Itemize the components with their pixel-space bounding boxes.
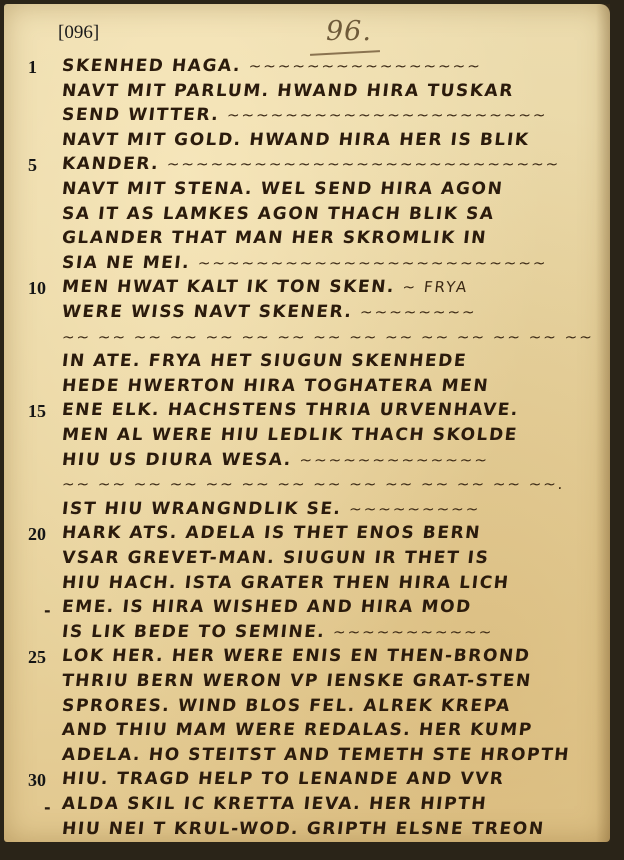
line-filler-tildes: ~~ ~~ ~~ ~~ ~~ ~~ ~~ ~~ ~~ ~~ ~~ ~~ ~~ ~… [61,328,595,346]
folio-underline [310,50,380,56]
line-number: 1 [28,57,58,78]
manuscript-line: 5KANDER. ~~~~~~~~~~~~~~~~~~~~~~~~~~~ [4,154,610,178]
line-text: IN ATE. FRYA HET SIUGUN SKENHEDE [61,351,583,371]
line-filler-tildes: ~~~~~~~~~~~~~~~~ [248,57,483,75]
line-filler-tildes: ~ FRYA [402,278,470,296]
manuscript-line: ADELA. HO STEITST AND TEMETH STE HROPTH [4,745,610,769]
line-words: HIU HACH. ISTA GRATER THEN HIRA LICH [61,573,511,593]
manuscript-line: THRIU BERN WERON VP IENSKE GRAT-STEN [4,671,610,695]
manuscript-line: NAVT MIT GOLD. HWAND HIRA HER IS BLIK [4,130,610,154]
line-words: NAVT MIT PARLUM. HWAND HIRA TUSKAR [61,81,515,101]
manuscript-page: [096] 96. 1SKENHED HAGA. ~~~~~~~~~~~~~~~… [4,4,610,842]
manuscript-line: VSAR GREVET-MAN. SIUGUN IR THET IS [4,548,610,572]
line-filler-tildes: ~~~~~~~~~ [348,500,481,518]
line-words: ENE ELK. HACHSTENS THRIA URVENHAVE. [61,400,520,420]
reference-number: [096] [58,22,99,44]
line-text: AND THIU MAM WERE REDALAS. HER KUMP [61,720,583,740]
line-text: HIU. TRAGD HELP TO LENANDE AND VVR [61,769,583,789]
line-words: WERE WISS NAVT SKENER. [61,302,354,322]
line-words: HIU. TRAGD HELP TO LENANDE AND VVR [61,769,506,789]
line-words: NAVT MIT STENA. WEL SEND HIRA AGON [61,179,504,199]
line-words: HARK ATS. ADELA IS THET ENOS BERN [61,523,482,543]
line-filler-tildes: ~~~~~~~~~~~~~~~~~~~~~~~~ [197,254,549,272]
line-words: EME. IS HIRA WISHED AND HIRA MOD [61,597,473,617]
line-text: HIU HACH. ISTA GRATER THEN HIRA LICH [61,573,583,593]
line-text: SIA NE MEI. ~~~~~~~~~~~~~~~~~~~~~~~~ [61,253,583,273]
line-text: KANDER. ~~~~~~~~~~~~~~~~~~~~~~~~~~~ [61,154,583,174]
manuscript-line: 1SKENHED HAGA. ~~~~~~~~~~~~~~~~ [4,56,610,80]
line-words: IN ATE. FRYA HET SIUGUN SKENHEDE [61,351,468,371]
manuscript-line: HIU NEI T KRUL-WOD. GRIPTH ELSNE TREON [4,819,610,843]
folio-number: 96. [326,16,372,47]
line-text: NAVT MIT GOLD. HWAND HIRA HER IS BLIK [61,130,583,150]
line-filler-tildes: ~~~~~~~~ [359,303,477,321]
line-words: HEDE HWERTON HIRA TOGHATERA MEN [61,376,490,396]
line-words: SKENHED HAGA. [61,56,242,76]
line-filler-tildes: ~~~~~~~~~~~~~ [299,451,490,469]
line-number: 30 [28,770,58,791]
manuscript-line: 20HARK ATS. ADELA IS THET ENOS BERN [4,523,610,547]
line-words: ALDA SKIL IC KRETTA IEVA. HER HIPTH [61,794,488,814]
line-text: NAVT MIT STENA. WEL SEND HIRA AGON [61,179,583,199]
line-number: 25 [28,647,58,668]
line-words: ADELA. HO STEITST AND TEMETH STE HROPTH [61,745,571,765]
line-text: GLANDER THAT MAN HER SKROMLIK IN [61,228,583,248]
manuscript-line: GLANDER THAT MAN HER SKROMLIK IN [4,228,610,252]
line-text: ALDA SKIL IC KRETTA IEVA. HER HIPTH [61,794,583,814]
line-filler-tildes: ~~~~~~~~~~~~~~~~~~~~~~ [226,106,548,124]
line-text: LOK HER. HER WERE ENIS EN THEN-BROND [61,646,583,666]
manuscript-line: IST HIU WRANGNDLIK SE. ~~~~~~~~~ [4,499,610,523]
manuscript-line: -EME. IS HIRA WISHED AND HIRA MOD [4,597,610,621]
line-text: IST HIU WRANGNDLIK SE. ~~~~~~~~~ [61,499,583,519]
line-number: 10 [28,278,58,299]
line-words: LOK HER. HER WERE ENIS EN THEN-BROND [61,646,532,666]
manuscript-line: -ALDA SKIL IC KRETTA IEVA. HER HIPTH [4,794,610,818]
hyphen-marker: - [44,601,51,620]
manuscript-line: SA IT AS LAMKES AGON THACH BLIK SA [4,204,610,228]
line-text: VSAR GREVET-MAN. SIUGUN IR THET IS [61,548,583,568]
manuscript-line: 30HIU. TRAGD HELP TO LENANDE AND VVR [4,769,610,793]
line-text: NAVT MIT PARLUM. HWAND HIRA TUSKAR [61,81,583,101]
line-text: ~~ ~~ ~~ ~~ ~~ ~~ ~~ ~~ ~~ ~~ ~~ ~~ ~~ ~… [61,327,583,347]
line-words: IS LIK BEDE TO SEMINE. [61,622,327,642]
manuscript-line: HIU US DIURA WESA. ~~~~~~~~~~~~~ [4,450,610,474]
line-text: HIU NEI T KRUL-WOD. GRIPTH ELSNE TREON [61,819,583,839]
line-text: WERE WISS NAVT SKENER. ~~~~~~~~ [61,302,583,322]
manuscript-line: ~~ ~~ ~~ ~~ ~~ ~~ ~~ ~~ ~~ ~~ ~~ ~~ ~~ ~… [4,327,610,351]
line-text: HARK ATS. ADELA IS THET ENOS BERN [61,523,583,543]
line-words: AND THIU MAM WERE REDALAS. HER KUMP [61,720,534,740]
line-number: 15 [28,401,58,422]
line-text: IS LIK BEDE TO SEMINE. ~~~~~~~~~~~ [61,622,583,642]
line-text: HIU US DIURA WESA. ~~~~~~~~~~~~~ [61,450,583,470]
line-number: 20 [28,524,58,545]
line-text: THRIU BERN WERON VP IENSKE GRAT-STEN [61,671,583,691]
line-text: SKENHED HAGA. ~~~~~~~~~~~~~~~~ [61,56,583,76]
manuscript-line: SEND WITTER. ~~~~~~~~~~~~~~~~~~~~~~ [4,105,610,129]
line-words: GLANDER THAT MAN HER SKROMLIK IN [61,228,488,248]
manuscript-line: 10MEN HWAT KALT IK TON SKEN. ~ FRYA [4,277,610,301]
line-words: SPRORES. WIND BLOS FEL. ALREK KREPA [61,696,512,716]
line-text: SEND WITTER. ~~~~~~~~~~~~~~~~~~~~~~ [61,105,583,125]
line-text: MEN HWAT KALT IK TON SKEN. ~ FRYA [61,277,583,297]
manuscript-line: IN ATE. FRYA HET SIUGUN SKENHEDE [4,351,610,375]
line-text: SA IT AS LAMKES AGON THACH BLIK SA [61,204,583,224]
manuscript-line: HIU HACH. ISTA GRATER THEN HIRA LICH [4,573,610,597]
line-words: HIU US DIURA WESA. [61,450,293,470]
line-text: HEDE HWERTON HIRA TOGHATERA MEN [61,376,583,396]
line-filler-tildes: ~~~~~~~~~~~ [332,623,494,641]
line-words: NAVT MIT GOLD. HWAND HIRA HER IS BLIK [61,130,531,150]
line-filler-tildes: ~~~~~~~~~~~~~~~~~~~~~~~~~~~ [166,155,561,173]
line-words: IST HIU WRANGNDLIK SE. [61,499,343,519]
line-words: HIU NEI T KRUL-WOD. GRIPTH ELSNE TREON [61,819,546,839]
line-text: ~~ ~~ ~~ ~~ ~~ ~~ ~~ ~~ ~~ ~~ ~~ ~~ ~~ ~… [61,474,583,494]
line-words: MEN AL WERE HIU LEDLIK THACH SKOLDE [61,425,519,445]
manuscript-line: IS LIK BEDE TO SEMINE. ~~~~~~~~~~~ [4,622,610,646]
line-number: 5 [28,155,58,176]
line-text: ENE ELK. HACHSTENS THRIA URVENHAVE. [61,400,583,420]
manuscript-line: SIA NE MEI. ~~~~~~~~~~~~~~~~~~~~~~~~ [4,253,610,277]
line-text: ADELA. HO STEITST AND TEMETH STE HROPTH [61,745,583,765]
manuscript-line: ~~ ~~ ~~ ~~ ~~ ~~ ~~ ~~ ~~ ~~ ~~ ~~ ~~ ~… [4,474,610,498]
manuscript-line: SPRORES. WIND BLOS FEL. ALREK KREPA [4,696,610,720]
line-words: THRIU BERN WERON VP IENSKE GRAT-STEN [61,671,533,691]
line-words: SEND WITTER. [61,105,221,125]
manuscript-line: WERE WISS NAVT SKENER. ~~~~~~~~ [4,302,610,326]
manuscript-line: 15ENE ELK. HACHSTENS THRIA URVENHAVE. [4,400,610,424]
line-filler-tildes: ~~ ~~ ~~ ~~ ~~ ~~ ~~ ~~ ~~ ~~ ~~ ~~ ~~ ~… [61,475,566,493]
hyphen-marker: - [44,798,51,817]
manuscript-line: NAVT MIT STENA. WEL SEND HIRA AGON [4,179,610,203]
line-words: SIA NE MEI. [61,253,191,273]
manuscript-line: 25LOK HER. HER WERE ENIS EN THEN-BROND [4,646,610,670]
manuscript-line: AND THIU MAM WERE REDALAS. HER KUMP [4,720,610,744]
line-text: SPRORES. WIND BLOS FEL. ALREK KREPA [61,696,583,716]
manuscript-line: HEDE HWERTON HIRA TOGHATERA MEN [4,376,610,400]
line-words: KANDER. [61,154,160,174]
line-text: MEN AL WERE HIU LEDLIK THACH SKOLDE [61,425,583,445]
manuscript-line: NAVT MIT PARLUM. HWAND HIRA TUSKAR [4,81,610,105]
line-text: EME. IS HIRA WISHED AND HIRA MOD [61,597,583,617]
line-words: MEN HWAT KALT IK TON SKEN. [61,277,396,297]
manuscript-line: MEN AL WERE HIU LEDLIK THACH SKOLDE [4,425,610,449]
line-words: VSAR GREVET-MAN. SIUGUN IR THET IS [61,548,490,568]
line-words: SA IT AS LAMKES AGON THACH BLIK SA [61,204,496,224]
